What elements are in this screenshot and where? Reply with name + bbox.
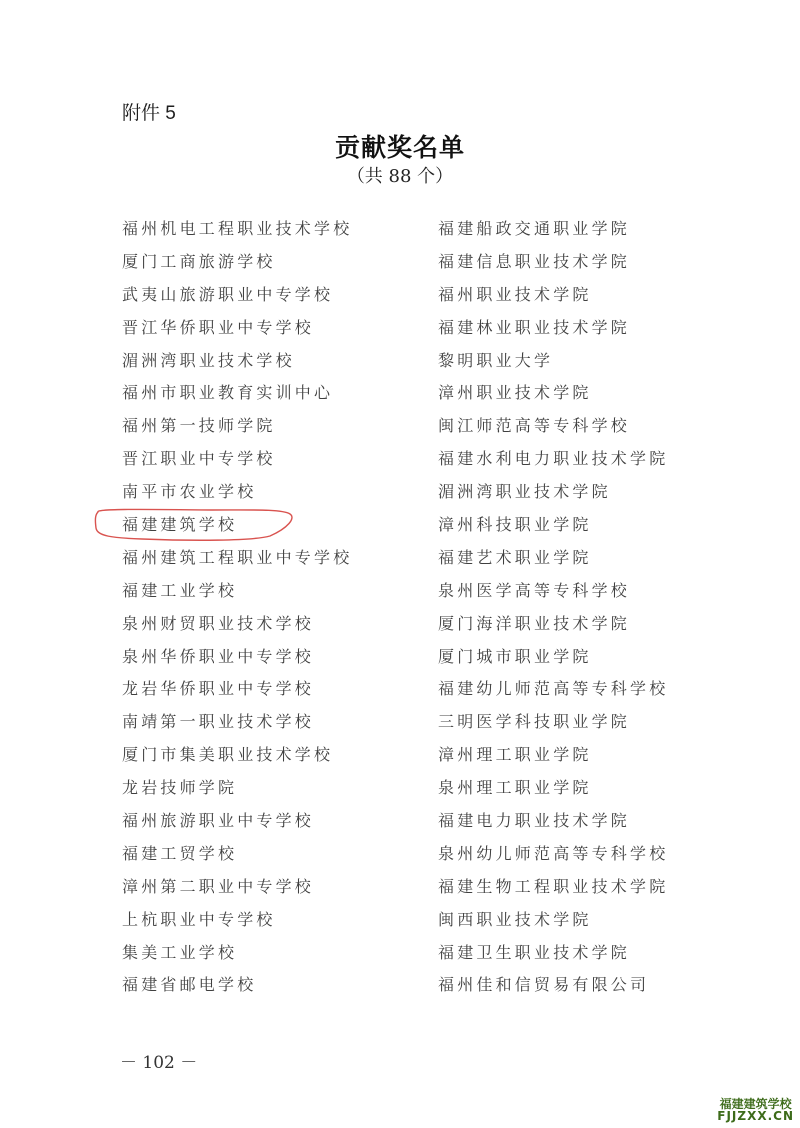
list-item: 上杭职业中专学校 xyxy=(122,904,352,937)
list-item: 厦门城市职业学院 xyxy=(438,641,668,674)
list-item: 福建卫生职业技术学院 xyxy=(438,937,668,970)
list-item-highlighted: 福建建筑学校 xyxy=(122,509,352,542)
list-item: 南靖第一职业技术学校 xyxy=(122,706,352,739)
list-item: 漳州第二职业中专学校 xyxy=(122,871,352,904)
list-item: 泉州医学高等专科学校 xyxy=(438,575,668,608)
list-item: 厦门工商旅游学校 xyxy=(122,246,352,279)
list-item: 福建船政交通职业学院 xyxy=(438,213,668,246)
list-item: 闽西职业技术学院 xyxy=(438,904,668,937)
document-title: 贡献奖名单 xyxy=(0,128,800,164)
site-watermark: 福建建筑学校 FJJZXX.CN xyxy=(717,1098,794,1122)
list-item: 泉州财贸职业技术学校 xyxy=(122,608,352,641)
list-item: 南平市农业学校 xyxy=(122,476,352,509)
list-item: 闽江师范高等专科学校 xyxy=(438,410,668,443)
award-list-left-column: 福州机电工程职业技术学校 厦门工商旅游学校 武夷山旅游职业中专学校 晋江华侨职业… xyxy=(122,213,352,1002)
list-item: 漳州职业技术学院 xyxy=(438,377,668,410)
list-item: 福建省邮电学校 xyxy=(122,969,352,1002)
list-item: 漳州理工职业学院 xyxy=(438,739,668,772)
list-item: 福州旅游职业中专学校 xyxy=(122,805,352,838)
list-item: 福建工贸学校 xyxy=(122,838,352,871)
list-item: 福州佳和信贸易有限公司 xyxy=(438,969,668,1002)
list-item: 黎明职业大学 xyxy=(438,345,668,378)
list-item: 漳州科技职业学院 xyxy=(438,509,668,542)
list-item: 福州市职业教育实训中心 xyxy=(122,377,352,410)
list-item: 福建生物工程职业技术学院 xyxy=(438,871,668,904)
list-item: 三明医学科技职业学院 xyxy=(438,706,668,739)
list-item: 晋江华侨职业中专学校 xyxy=(122,312,352,345)
list-item: 泉州幼儿师范高等专科学校 xyxy=(438,838,668,871)
document-subtitle: （共 88 个） xyxy=(0,162,800,188)
list-item: 福建电力职业技术学院 xyxy=(438,805,668,838)
list-item: 泉州理工职业学院 xyxy=(438,772,668,805)
list-item: 龙岩华侨职业中专学校 xyxy=(122,673,352,706)
list-item: 泉州华侨职业中专学校 xyxy=(122,641,352,674)
list-item: 福建林业职业技术学院 xyxy=(438,312,668,345)
list-item: 福州职业技术学院 xyxy=(438,279,668,312)
document-title-text: 贡献奖名单 xyxy=(335,133,465,162)
list-item: 福建水利电力职业技术学院 xyxy=(438,443,668,476)
list-item: 福州机电工程职业技术学校 xyxy=(122,213,352,246)
list-item: 福建艺术职业学院 xyxy=(438,542,668,575)
list-item: 厦门海洋职业技术学院 xyxy=(438,608,668,641)
list-item: 武夷山旅游职业中专学校 xyxy=(122,279,352,312)
page-number: － 102 － xyxy=(120,1048,197,1073)
watermark-domain: FJJZXX.CN xyxy=(717,1110,794,1122)
list-item: 晋江职业中专学校 xyxy=(122,443,352,476)
attachment-label: 附件 5 xyxy=(122,98,176,125)
list-item: 厦门市集美职业技术学校 xyxy=(122,739,352,772)
list-item: 湄洲湾职业技术学校 xyxy=(122,345,352,378)
list-item: 福州建筑工程职业中专学校 xyxy=(122,542,352,575)
list-item: 龙岩技师学院 xyxy=(122,772,352,805)
list-item: 福建信息职业技术学院 xyxy=(438,246,668,279)
list-item: 湄洲湾职业技术学院 xyxy=(438,476,668,509)
list-item: 福建幼儿师范高等专科学校 xyxy=(438,673,668,706)
award-list-right-column: 福建船政交通职业学院 福建信息职业技术学院 福州职业技术学院 福建林业职业技术学… xyxy=(438,213,668,1002)
list-item: 福建工业学校 xyxy=(122,575,352,608)
list-item: 福州第一技师学院 xyxy=(122,410,352,443)
list-item: 集美工业学校 xyxy=(122,937,352,970)
